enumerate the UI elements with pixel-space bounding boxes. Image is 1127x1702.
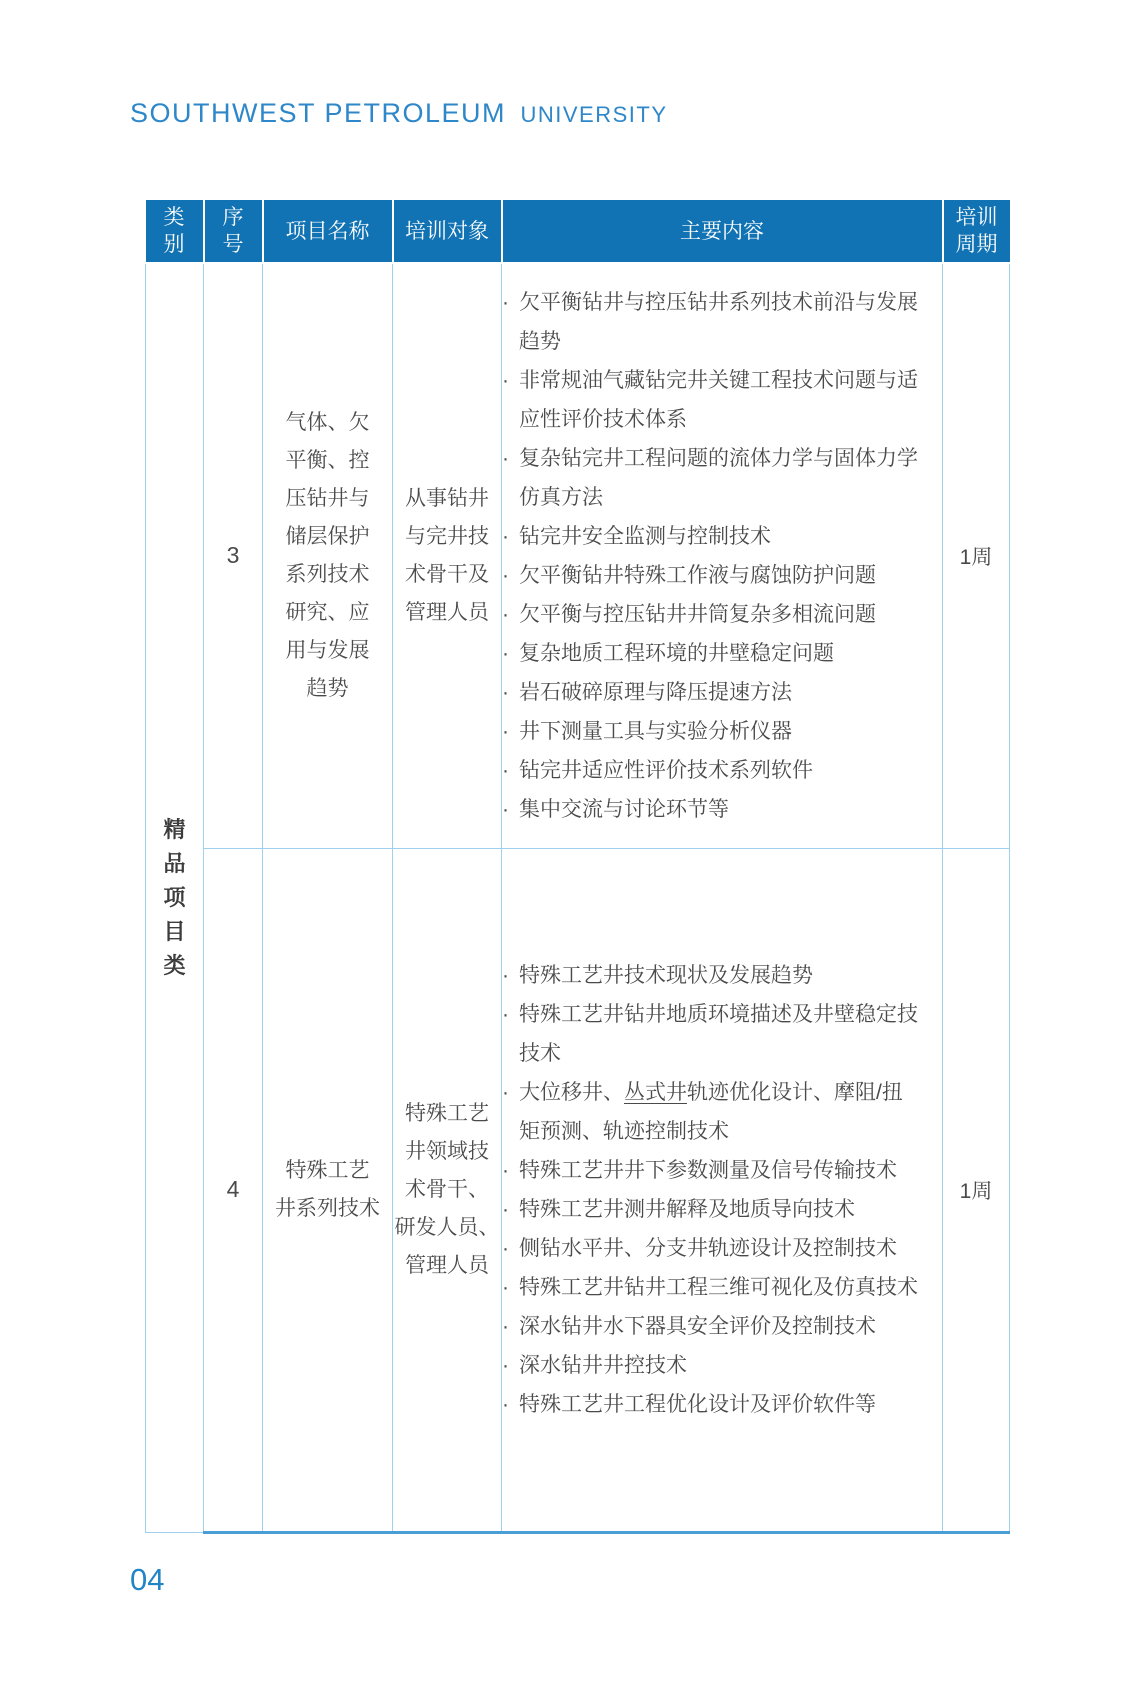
audience-cell: 从事钻井 与完井技 术骨干及 管理人员 <box>393 263 502 848</box>
bullet-text: 侧钻水平井、分支井轨迹设计及控制技术 <box>519 1229 897 1268</box>
bullet-dot-icon: · <box>502 995 519 1034</box>
content-bullet: ·深水钻井水下器具安全评价及控制技术 <box>502 1307 942 1346</box>
bullet-text: 钻完井安全监测与控制技术 <box>519 517 771 556</box>
bullet-dot-icon: · <box>502 283 519 322</box>
training-program-table: 类 别 序 号 项目名称 培训对象 主要内容 培训 周期 精品项目类 3 气体、… <box>145 200 1010 1534</box>
bullet-dot-icon: · <box>502 439 519 478</box>
col-header-project-name: 项目名称 <box>263 200 393 263</box>
bullet-dot-icon: · <box>502 1307 519 1346</box>
bullet-text: 特殊工艺井工程优化设计及评价软件等 <box>519 1385 876 1424</box>
bullet-text: 非常规油气藏钻完井关键工程技术问题与适 应性评价技术体系 <box>519 361 918 439</box>
content-bullet: ·特殊工艺井工程优化设计及评价软件等 <box>502 1385 942 1424</box>
logo-main-text: SOUTHWEST PETROLEUM <box>130 98 506 128</box>
table-row: 精品项目类 3 气体、欠 平衡、控 压钻井与 储层保护 系列技术 研究、应 用与… <box>146 263 1010 848</box>
bullet-dot-icon: · <box>502 556 519 595</box>
content-list: ·特殊工艺井技术现状及发展趋势·特殊工艺井钻井地质环境描述及井壁稳定技 技术·大… <box>502 956 942 1424</box>
bullet-text: 岩石破碎原理与降压提速方法 <box>519 673 792 712</box>
col-header-number: 序 号 <box>204 200 263 263</box>
bullet-text: 欠平衡钻井与控压钻井系列技术前沿与发展 趋势 <box>519 283 918 361</box>
bullet-text: 复杂地质工程环境的井壁稳定问题 <box>519 634 834 673</box>
logo-sub-text: UNIVERSITY <box>521 102 668 127</box>
content-bullet: ·特殊工艺井技术现状及发展趋势 <box>502 956 942 995</box>
bullet-text: 井下测量工具与实验分析仪器 <box>519 712 792 751</box>
table-row: 4 特殊工艺 井系列技术 特殊工艺 井领域技 术骨干、 研发人员、 管理人员 ·… <box>146 848 1010 1532</box>
bullet-dot-icon: · <box>502 790 519 829</box>
bullet-dot-icon: · <box>502 1151 519 1190</box>
bullet-dot-icon: · <box>502 751 519 790</box>
bullet-text: 深水钻井水下器具安全评价及控制技术 <box>519 1307 876 1346</box>
row-number-cell: 3 <box>204 263 263 848</box>
bullet-text: 大位移井、丛式井轨迹优化设计、摩阻/扭 矩预测、轨迹控制技术 <box>519 1073 903 1151</box>
content-bullet: ·特殊工艺井测井解释及地质导向技术 <box>502 1190 942 1229</box>
university-logo: SOUTHWEST PETROLEUM UNIVERSITY <box>130 98 668 129</box>
bullet-dot-icon: · <box>502 361 519 400</box>
bullet-text: 复杂钻完井工程问题的流体力学与固体力学 仿真方法 <box>519 439 918 517</box>
content-bullet: ·集中交流与讨论环节等 <box>502 790 942 829</box>
bullet-dot-icon: · <box>502 1346 519 1385</box>
row-number-cell: 4 <box>204 848 263 1532</box>
content-bullet: ·岩石破碎原理与降压提速方法 <box>502 673 942 712</box>
project-name-cell: 气体、欠 平衡、控 压钻井与 储层保护 系列技术 研究、应 用与发展 趋势 <box>263 263 393 848</box>
bullet-dot-icon: · <box>502 595 519 634</box>
content-bullet: ·特殊工艺井钻井地质环境描述及井壁稳定技 技术 <box>502 995 942 1073</box>
main-content-cell: ·特殊工艺井技术现状及发展趋势·特殊工艺井钻井地质环境描述及井壁稳定技 技术·大… <box>502 848 943 1532</box>
col-header-category: 类 别 <box>146 200 204 263</box>
col-header-main-content: 主要内容 <box>502 200 943 263</box>
duration-cell: 1周 <box>943 848 1010 1532</box>
content-bullet: ·钻完井适应性评价技术系列软件 <box>502 751 942 790</box>
page-number: 04 <box>130 1562 164 1598</box>
category-vertical-text: 精品项目类 <box>162 813 186 983</box>
bullet-dot-icon: · <box>502 1385 519 1424</box>
bullet-text: 特殊工艺井测井解释及地质导向技术 <box>519 1190 855 1229</box>
bullet-text: 特殊工艺井技术现状及发展趋势 <box>519 956 813 995</box>
content-bullet: ·侧钻水平井、分支井轨迹设计及控制技术 <box>502 1229 942 1268</box>
bullet-dot-icon: · <box>502 1229 519 1268</box>
bullet-dot-icon: · <box>502 1190 519 1229</box>
content-bullet: ·复杂钻完井工程问题的流体力学与固体力学 仿真方法 <box>502 439 942 517</box>
content-bullet: ·井下测量工具与实验分析仪器 <box>502 712 942 751</box>
content-bullet: ·特殊工艺井井下参数测量及信号传输技术 <box>502 1151 942 1190</box>
audience-cell: 特殊工艺 井领域技 术骨干、 研发人员、 管理人员 <box>393 848 502 1532</box>
bullet-dot-icon: · <box>502 1073 519 1112</box>
content-bullet: ·钻完井安全监测与控制技术 <box>502 517 942 556</box>
col-header-duration: 培训 周期 <box>943 200 1010 263</box>
bullet-text: 深水钻井井控技术 <box>519 1346 687 1385</box>
bullet-dot-icon: · <box>502 673 519 712</box>
content-list: ·欠平衡钻井与控压钻井系列技术前沿与发展 趋势·非常规油气藏钻完井关键工程技术问… <box>502 283 942 829</box>
category-cell: 精品项目类 <box>146 263 204 1532</box>
bullet-dot-icon: · <box>502 634 519 673</box>
content-bullet: ·欠平衡钻井与控压钻井系列技术前沿与发展 趋势 <box>502 283 942 361</box>
bullet-text: 集中交流与讨论环节等 <box>519 790 729 829</box>
bullet-text: 欠平衡钻井特殊工作液与腐蚀防护问题 <box>519 556 876 595</box>
col-header-audience: 培训对象 <box>393 200 502 263</box>
main-content-cell: ·欠平衡钻井与控压钻井系列技术前沿与发展 趋势·非常规油气藏钻完井关键工程技术问… <box>502 263 943 848</box>
content-bullet: ·深水钻井井控技术 <box>502 1346 942 1385</box>
content-bullet: ·特殊工艺井钻井工程三维可视化及仿真技术 <box>502 1268 942 1307</box>
table-header-row: 类 别 序 号 项目名称 培训对象 主要内容 培训 周期 <box>146 200 1010 263</box>
bullet-text: 钻完井适应性评价技术系列软件 <box>519 751 813 790</box>
content-bullet: ·欠平衡与控压钻井井筒复杂多相流问题 <box>502 595 942 634</box>
bullet-text: 欠平衡与控压钻井井筒复杂多相流问题 <box>519 595 876 634</box>
bullet-dot-icon: · <box>502 517 519 556</box>
content-bullet: ·大位移井、丛式井轨迹优化设计、摩阻/扭 矩预测、轨迹控制技术 <box>502 1073 942 1151</box>
bullet-dot-icon: · <box>502 956 519 995</box>
bullet-dot-icon: · <box>502 1268 519 1307</box>
bullet-text: 特殊工艺井井下参数测量及信号传输技术 <box>519 1151 897 1190</box>
project-name-cell: 特殊工艺 井系列技术 <box>263 848 393 1532</box>
content-bullet: ·欠平衡钻井特殊工作液与腐蚀防护问题 <box>502 556 942 595</box>
duration-cell: 1周 <box>943 263 1010 848</box>
content-bullet: ·非常规油气藏钻完井关键工程技术问题与适 应性评价技术体系 <box>502 361 942 439</box>
bullet-text: 特殊工艺井钻井工程三维可视化及仿真技术 <box>519 1268 918 1307</box>
content-bullet: ·复杂地质工程环境的井壁稳定问题 <box>502 634 942 673</box>
bullet-dot-icon: · <box>502 712 519 751</box>
bullet-text: 特殊工艺井钻井地质环境描述及井壁稳定技 技术 <box>519 995 918 1073</box>
document-page: SOUTHWEST PETROLEUM UNIVERSITY 类 别 序 号 项… <box>0 0 1127 1702</box>
